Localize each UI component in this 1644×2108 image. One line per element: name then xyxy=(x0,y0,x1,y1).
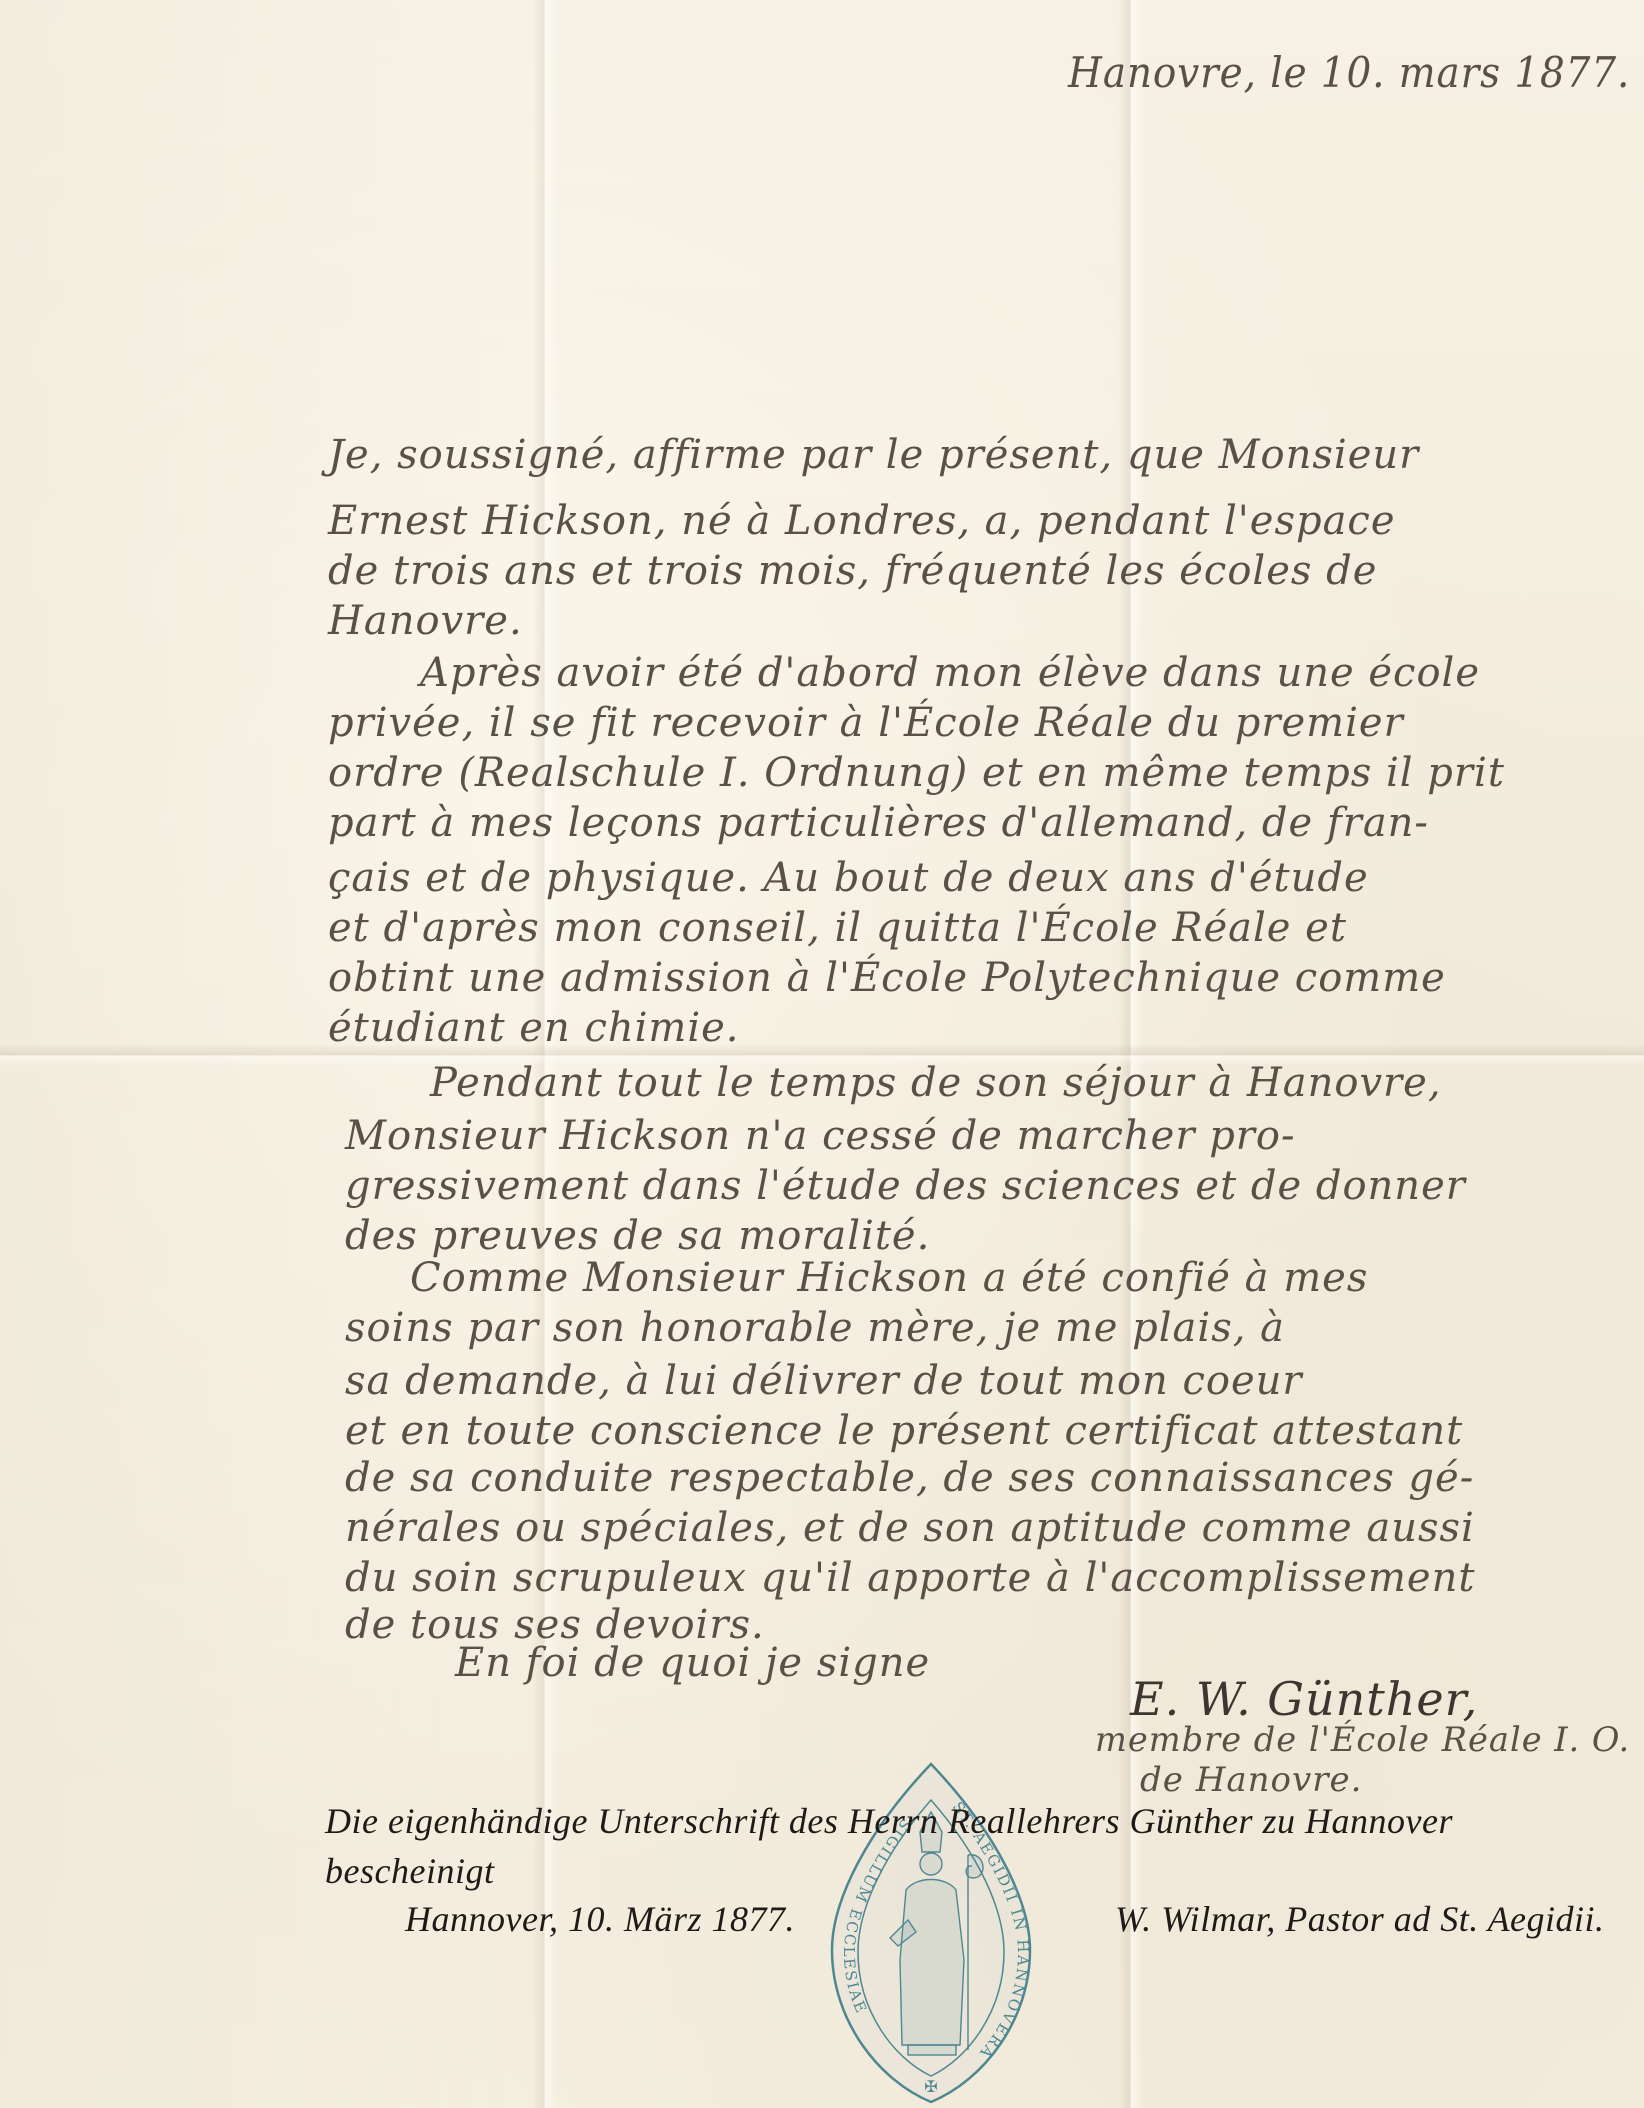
body-line: gressivement dans l'étude des sciences e… xyxy=(345,1163,1466,1209)
body-line: obtint une admission à l'École Polytechn… xyxy=(328,955,1446,1001)
signature-title: membre de l'École Réale I. O. xyxy=(1095,1720,1630,1760)
svg-text:✠: ✠ xyxy=(924,2077,937,2096)
body-line: Ernest Hickson, né à Londres, a, pendant… xyxy=(328,498,1396,544)
body-line: çais et de physique. Au bout de deux ans… xyxy=(328,855,1369,901)
attestation-line: bescheinigt xyxy=(325,1850,494,1892)
body-line: privée, il se fit recevoir à l'École Réa… xyxy=(328,700,1404,746)
body-line: Hanovre. xyxy=(328,598,523,644)
body-line: et en toute conscience le présent certif… xyxy=(345,1408,1463,1454)
body-line: Monsieur Hickson n'a cessé de marcher pr… xyxy=(345,1113,1296,1159)
body-line: de trois ans et trois mois, fréquenté le… xyxy=(328,548,1377,594)
signature-name: E. W. Günther, xyxy=(1130,1672,1478,1726)
body-line: part à mes leçons particulières d'allema… xyxy=(328,800,1429,846)
body-line: étudiant en chimie. xyxy=(328,1005,740,1051)
body-line: des preuves de sa moralité. xyxy=(345,1213,930,1259)
closing-line: En foi de quoi je signe xyxy=(455,1640,930,1686)
body-line: Pendant tout le temps de son séjour à Ha… xyxy=(430,1060,1442,1106)
attestation-signer: W. Wilmar, Pastor ad St. Aegidii. xyxy=(1115,1898,1605,1940)
body-line: sa demande, à lui délivrer de tout mon c… xyxy=(345,1358,1303,1404)
body-line: ordre (Realschule I. Ordnung) et en même… xyxy=(328,750,1505,796)
body-line: de sa conduite respectable, de ses conna… xyxy=(345,1455,1474,1501)
body-line: et d'après mon conseil, il quitta l'Écol… xyxy=(328,905,1347,951)
body-line: Comme Monsieur Hickson a été confié à me… xyxy=(410,1255,1368,1301)
attestation-place-date: Hannover, 10. März 1877. xyxy=(405,1898,795,1940)
body-line: nérales ou spéciales, et de son aptitude… xyxy=(345,1505,1475,1551)
signature-title-city: de Hanovre. xyxy=(1140,1760,1362,1800)
body-line: du soin scrupuleux qu'il apporte à l'acc… xyxy=(345,1555,1475,1601)
dateline: Hanovre, le 10. mars 1877. xyxy=(1068,48,1630,97)
attestation-line: Die eigenhändige Unterschrift des Herrn … xyxy=(325,1800,1453,1842)
body-line: Je, soussigné, affirme par le présent, q… xyxy=(328,432,1419,478)
body-line: Après avoir été d'abord mon élève dans u… xyxy=(420,650,1480,696)
body-line: soins par son honorable mère, je me plai… xyxy=(345,1305,1285,1351)
